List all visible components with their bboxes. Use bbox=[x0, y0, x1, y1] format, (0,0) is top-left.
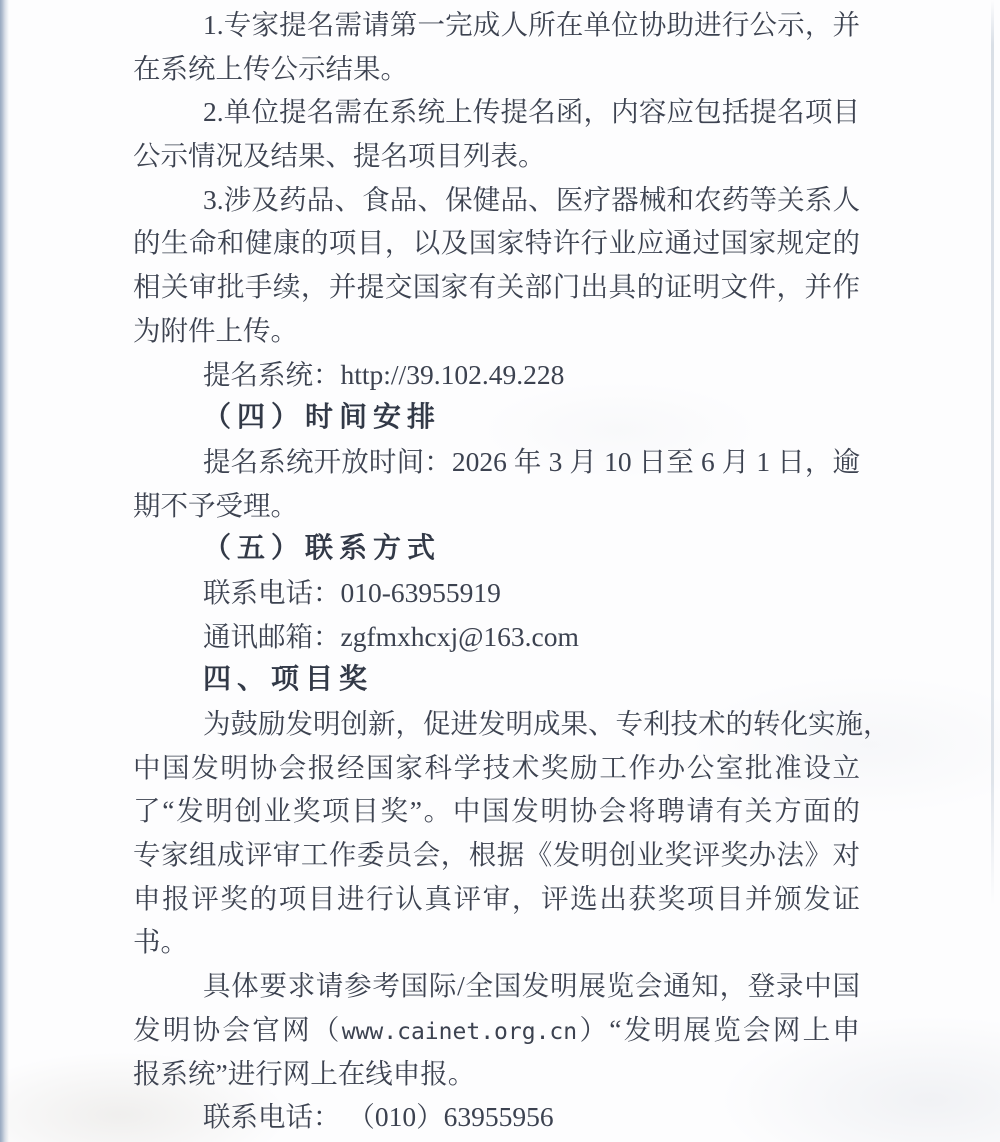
website-line-suffix: ）“发明展览会网上申 bbox=[577, 1014, 860, 1045]
scan-edge-left bbox=[0, 0, 9, 1142]
website-url-text: www.cainet.org.cn bbox=[342, 1019, 577, 1045]
heading-contact-info: （五）联系方式 bbox=[133, 527, 860, 571]
body-line: 报系统”进行网上在线申报。 bbox=[133, 1052, 860, 1096]
body-line: 为附件上传。 bbox=[133, 309, 860, 353]
website-line: 发明协会官网（www.cainet.org.cn）“发明展览会网上申 bbox=[133, 1008, 860, 1052]
body-line: 提名系统开放时间：2026 年 3 月 10 日至 6 月 1 日，逾 bbox=[133, 440, 860, 484]
body-line: 在系统上传公示结果。 bbox=[133, 47, 860, 91]
body-line: 3.涉及药品、食品、保健品、医疗器械和农药等关系人 bbox=[133, 178, 860, 222]
body-line: 为鼓励发明创新，促进发明成果、专利技术的转化实施， bbox=[133, 702, 860, 746]
body-line: 2.单位提名需在系统上传提名函，内容应包括提名项目 bbox=[133, 90, 860, 134]
body-line: 具体要求请参考国际/全国发明展览会通知，登录中国 bbox=[133, 964, 860, 1008]
website-line-prefix: 发明协会官网（ bbox=[133, 1014, 342, 1045]
heading-project-award: 四、项目奖 bbox=[133, 658, 860, 702]
body-line: 的生命和健康的项目，以及国家特许行业应通过国家规定的 bbox=[133, 221, 860, 265]
body-line: 了“发明创业奖项目奖”。中国发明协会将聘请有关方面的 bbox=[133, 789, 860, 833]
body-line: 专家组成评审工作委员会，根据《发明创业奖评奖办法》对 bbox=[133, 833, 860, 877]
contact-phone-line: 联系电话：010-63955919 bbox=[133, 571, 860, 615]
heading-time-schedule: （四）时间安排 bbox=[133, 396, 860, 440]
scan-edge-right bbox=[991, 0, 994, 905]
document-body: 1.专家提名需请第一完成人所在单位协助进行公示，并 在系统上传公示结果。 2.单… bbox=[133, 3, 860, 1139]
nomination-system-url-line: 提名系统：http://39.102.49.228 bbox=[133, 353, 860, 397]
body-line: 中国发明协会报经国家科学技术奖励工作办公室批准设立 bbox=[133, 746, 860, 790]
body-line: 1.专家提名需请第一完成人所在单位协助进行公示，并 bbox=[133, 3, 860, 47]
body-line: 相关审批手续，并提交国家有关部门出具的证明文件，并作 bbox=[133, 265, 860, 309]
body-line: 期不予受理。 bbox=[133, 484, 860, 528]
contact-email-line: 通讯邮箱：zgfmxhcxj@163.com bbox=[133, 615, 860, 659]
body-line: 公示情况及结果、提名项目列表。 bbox=[133, 134, 860, 178]
document-page: 1.专家提名需请第一完成人所在单位协助进行公示，并 在系统上传公示结果。 2.单… bbox=[0, 0, 1000, 1142]
body-line: 书。 bbox=[133, 920, 860, 964]
body-line: 申报评奖的项目进行认真评审，评选出获奖项目并颁发证 bbox=[133, 877, 860, 921]
exhibition-phone-line: 联系电话： （010）63955956 bbox=[133, 1095, 860, 1139]
